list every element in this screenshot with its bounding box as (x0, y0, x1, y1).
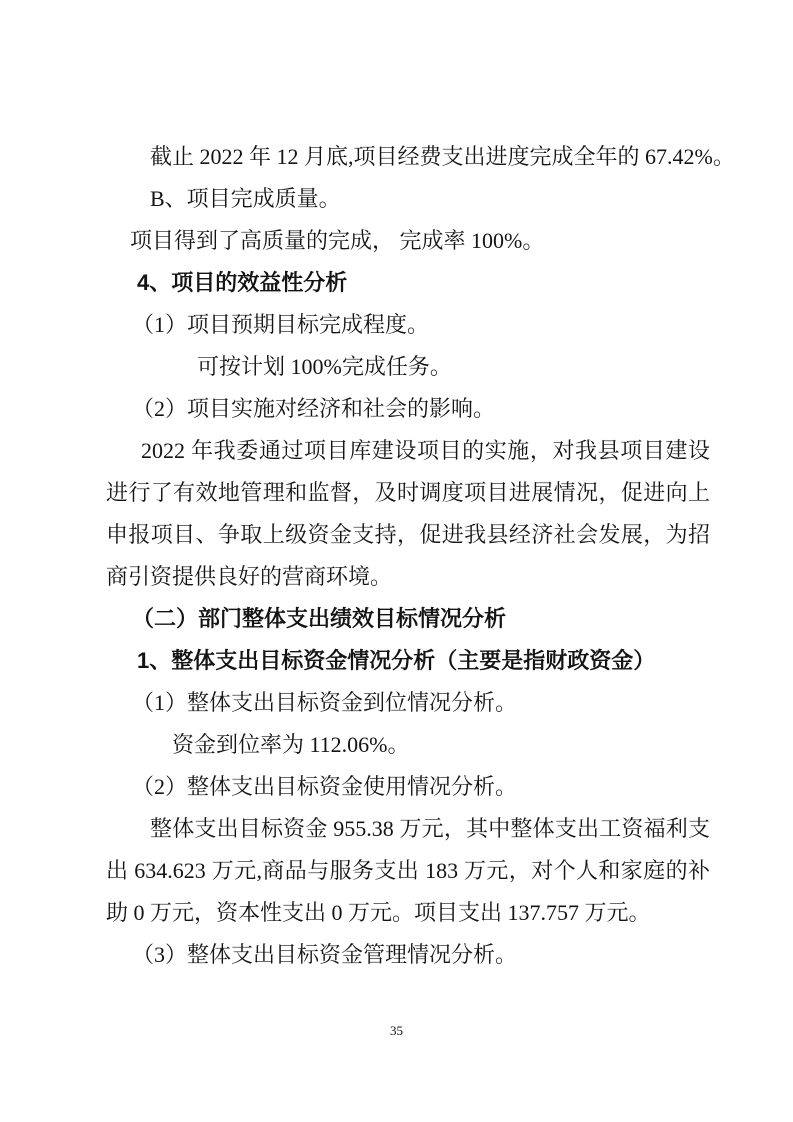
doc-line-impact-label: （2）项目实施对经济和社会的影响。 (106, 388, 710, 430)
doc-line-plan-completion: 可按计划 100%完成任务。 (106, 346, 710, 388)
doc-line-funds-arrival-rate: 资金到位率为 112.06%。 (106, 724, 710, 766)
doc-line-funds-usage-3: 助 0 万元，资本性支出 0 万元。项目支出 137.757 万元。 (106, 892, 710, 934)
heading-funds-analysis: 1、整体支出目标资金情况分析（主要是指财政资金） (106, 640, 710, 682)
doc-line-quality-result: 项目得到了高质量的完成， 完成率 100%。 (106, 220, 710, 262)
text-content: 截止 2022 年 12 月底,项目经费支出进度完成全年的 67.42%。 B、… (106, 136, 710, 976)
doc-line-quality-label: B、项目完成质量。 (106, 178, 710, 220)
heading-benefit-analysis: 4、项目的效益性分析 (106, 262, 710, 304)
doc-line-goal-completion: （1）项目预期目标完成程度。 (106, 304, 710, 346)
doc-line-funds-usage-label: （2）整体支出目标资金使用情况分析。 (106, 766, 710, 808)
doc-line-impact-3: 申报项目、争取上级资金支持，促进我县经济社会发展，为招 (106, 514, 710, 556)
doc-line-impact-4: 商引资提供良好的营商环境。 (106, 556, 710, 598)
document-page: 截止 2022 年 12 月底,项目经费支出进度完成全年的 67.42%。 B、… (0, 0, 793, 1122)
doc-line-funds-usage-1: 整体支出目标资金 955.38 万元，其中整体支出工资福利支 (106, 808, 710, 850)
doc-line-funds-arrival-label: （1）整体支出目标资金到位情况分析。 (106, 682, 710, 724)
doc-line-impact-2: 进行了有效地管理和监督，及时调度项目进展情况，促进向上 (106, 472, 710, 514)
heading-section-overall-expenditure: （二）部门整体支出绩效目标情况分析 (106, 598, 710, 640)
page-number: 35 (0, 1022, 793, 1040)
doc-line-funds-management-label: （3）整体支出目标资金管理情况分析。 (106, 934, 710, 976)
doc-line-funds-usage-2: 出 634.623 万元,商品与服务支出 183 万元，对个人和家庭的补 (106, 850, 710, 892)
doc-line-impact-1: 2022 年我委通过项目库建设项目的实施，对我县项目建设 (106, 430, 710, 472)
doc-line-expense-progress: 截止 2022 年 12 月底,项目经费支出进度完成全年的 67.42%。 (106, 136, 710, 178)
